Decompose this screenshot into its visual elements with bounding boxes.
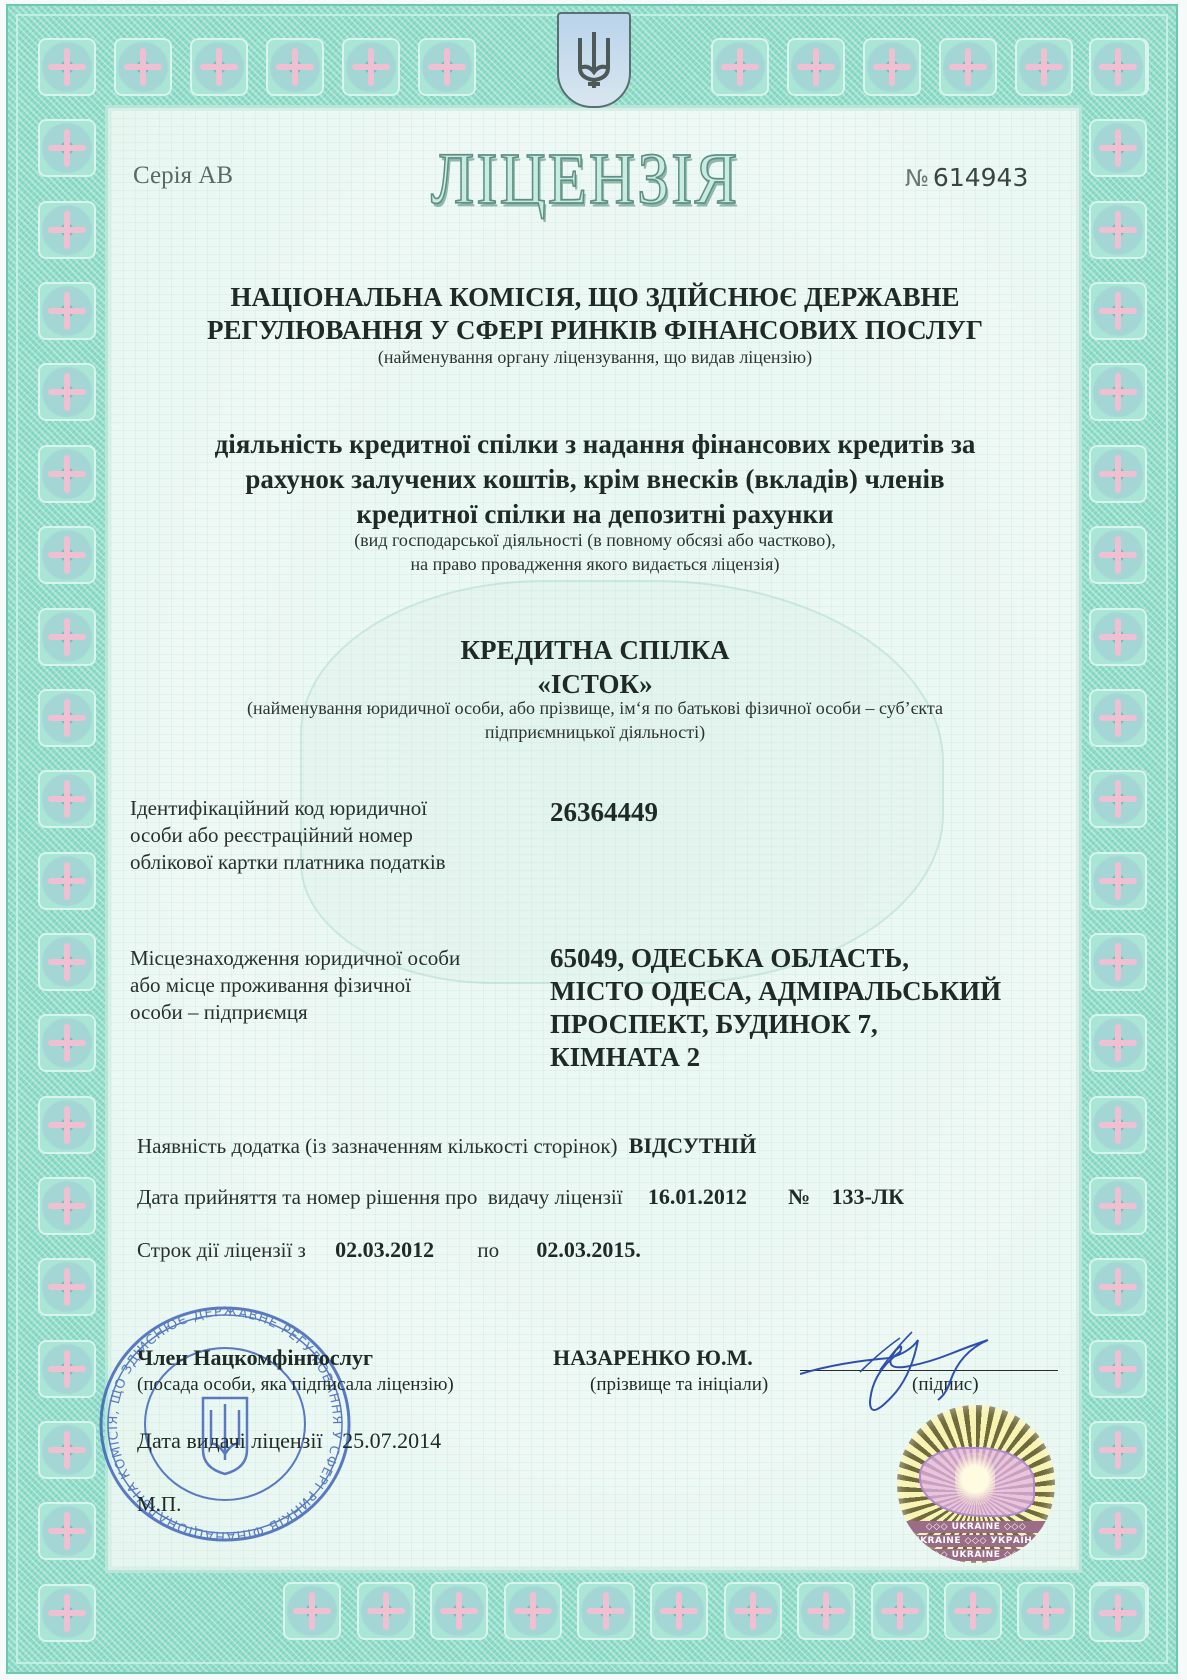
activity-type: діяльність кредитної спілки з надання фі… xyxy=(130,427,1060,532)
label-line: Ідентифікаційний код юридичної xyxy=(130,795,540,822)
label-line: особи або реєстраційний номер xyxy=(130,822,540,849)
license-number-value: 614943 xyxy=(933,163,1028,192)
address-line: ПРОСПЕКТ, БУДИНОК 7, xyxy=(550,1008,1070,1041)
entity-line: КРЕДИТНА СПІЛКА xyxy=(130,633,1060,667)
decision-label: Дата прийняття та номер рішення про вида… xyxy=(137,1185,623,1209)
authority-line: РЕГУЛЮВАННЯ У СФЕРІ РИНКІВ ФІНАНСОВИХ ПО… xyxy=(130,314,1060,347)
identification-code: 26364449 xyxy=(550,796,658,829)
issue-date-row: Дата видачі ліцензії 25.07.2014 xyxy=(137,1428,441,1454)
signatory-position: Член Нацкомфінпослуг xyxy=(137,1345,373,1371)
hologram-trident-glow xyxy=(955,1453,995,1505)
hologram-text: ◇◇ UKRAINE ◇◇ xyxy=(897,1549,1055,1561)
decision-number-sign: № xyxy=(788,1184,810,1209)
label-line: особи – підприємця xyxy=(130,999,540,1026)
emblem-band xyxy=(108,6,1079,106)
appendix-label: Наявність додатка (із зазначенням кілько… xyxy=(137,1134,618,1158)
label-line: або місце проживання фізичної xyxy=(130,972,540,999)
document-title: ЛІЦЕНЗІЯ xyxy=(395,136,775,221)
appendix-row: Наявність додатка (із зазначенням кілько… xyxy=(137,1133,756,1159)
term-from-date: 02.03.2012 xyxy=(335,1237,434,1262)
caption-line: (найменування юридичної особи, або прізв… xyxy=(130,696,1060,720)
seal-place-label: М.П. xyxy=(137,1492,181,1517)
caption-line: (вид господарської діяльності (в повному… xyxy=(130,528,1060,552)
activity-line: рахунок залучених коштів, крім внесків (… xyxy=(130,462,1060,497)
ornament-border-bottom xyxy=(38,1582,1149,1642)
number-sign: № xyxy=(905,166,929,192)
official-stamp-icon: НАЦІОНАЛЬНА КОМІСІЯ, ЩО ЗДІЙСНЮЄ ДЕРЖАВН… xyxy=(95,1302,355,1546)
caption-line: підприємницької діяльності) xyxy=(130,720,1060,744)
trident-emblem-icon xyxy=(557,12,631,108)
location-address: 65049, ОДЕСЬКА ОБЛАСТЬ, МІСТО ОДЕСА, АДМ… xyxy=(550,942,1070,1074)
decision-date: 16.01.2012 xyxy=(648,1184,747,1209)
entity-name: КРЕДИТНА СПІЛКА «ІСТОК» xyxy=(130,633,1060,701)
caption-line: на право провадження якого видається ліц… xyxy=(130,552,1060,576)
decision-row: Дата прийняття та номер рішення про вида… xyxy=(137,1184,904,1210)
series-label: Серія АВ xyxy=(133,162,233,190)
signatory-position-caption: (посада особи, яка підписала ліцензію) xyxy=(137,1374,454,1396)
hologram-text: ◇◇◇ UKRAINE ◇◇◇ xyxy=(897,1521,1055,1533)
activity-caption: (вид господарської діяльності (в повному… xyxy=(130,528,1060,576)
ornament-border-left xyxy=(38,38,98,1642)
ukraine-hologram-icon: ◇◇◇ UKRAINE ◇◇◇ UKRAINE ◇◇◇ УКРАЇНА ◇◇ U… xyxy=(897,1405,1055,1563)
signatory-name-caption: (прізвище та ініціали) xyxy=(590,1374,768,1396)
license-number: №614943 xyxy=(905,163,1028,192)
activity-line: діяльність кредитної спілки з надання фі… xyxy=(130,427,1060,462)
decision-number: 133-ЛК xyxy=(831,1184,904,1209)
activity-line: кредитної спілки на депозитні рахунки xyxy=(130,497,1060,532)
authority-line: НАЦІОНАЛЬНА КОМІСІЯ, ЩО ЗДІЙСНЮЄ ДЕРЖАВН… xyxy=(130,281,1060,314)
term-from-label: Строк дії ліцензії з xyxy=(137,1238,306,1262)
address-line: 65049, ОДЕСЬКА ОБЛАСТЬ, xyxy=(550,942,1070,975)
ornament-border-right xyxy=(1089,38,1149,1642)
svg-text:НАЦІОНАЛЬНА КОМІСІЯ, ЩО ЗДІЙСН: НАЦІОНАЛЬНА КОМІСІЯ, ЩО ЗДІЙСНЮЄ ДЕРЖАВН… xyxy=(95,1302,344,1543)
label-line: облікової картки платника податків xyxy=(130,849,540,876)
hologram-text: UKRAINE ◇◇◇ УКРАЇНА xyxy=(897,1535,1055,1547)
entity-caption: (найменування юридичної особи, або прізв… xyxy=(130,696,1060,744)
identification-label: Ідентифікаційний код юридичної особи або… xyxy=(130,795,540,876)
authority-caption: (найменування органу ліцензування, що ви… xyxy=(130,345,1060,369)
appendix-value: ВІДСУТНІЙ xyxy=(629,1133,757,1158)
term-to-date: 02.03.2015. xyxy=(536,1237,641,1262)
location-label: Місцезнаходження юридичної особи або міс… xyxy=(130,945,540,1026)
label-line: Місцезнаходження юридичної особи xyxy=(130,945,540,972)
issue-date-value: 25.07.2014 xyxy=(342,1428,441,1453)
address-line: МІСТО ОДЕСА, АДМІРАЛЬСЬКИЙ xyxy=(550,975,1070,1008)
term-to-label: по xyxy=(477,1238,499,1262)
validity-term-row: Строк дії ліцензії з 02.03.2012 по 02.03… xyxy=(137,1237,641,1263)
address-line: КІМНАТА 2 xyxy=(550,1041,1070,1074)
licensing-authority: НАЦІОНАЛЬНА КОМІСІЯ, ЩО ЗДІЙСНЮЄ ДЕРЖАВН… xyxy=(130,281,1060,347)
signatory-name: НАЗАРЕНКО Ю.М. xyxy=(553,1345,753,1371)
issue-date-label: Дата видачі ліцензії xyxy=(137,1428,323,1453)
